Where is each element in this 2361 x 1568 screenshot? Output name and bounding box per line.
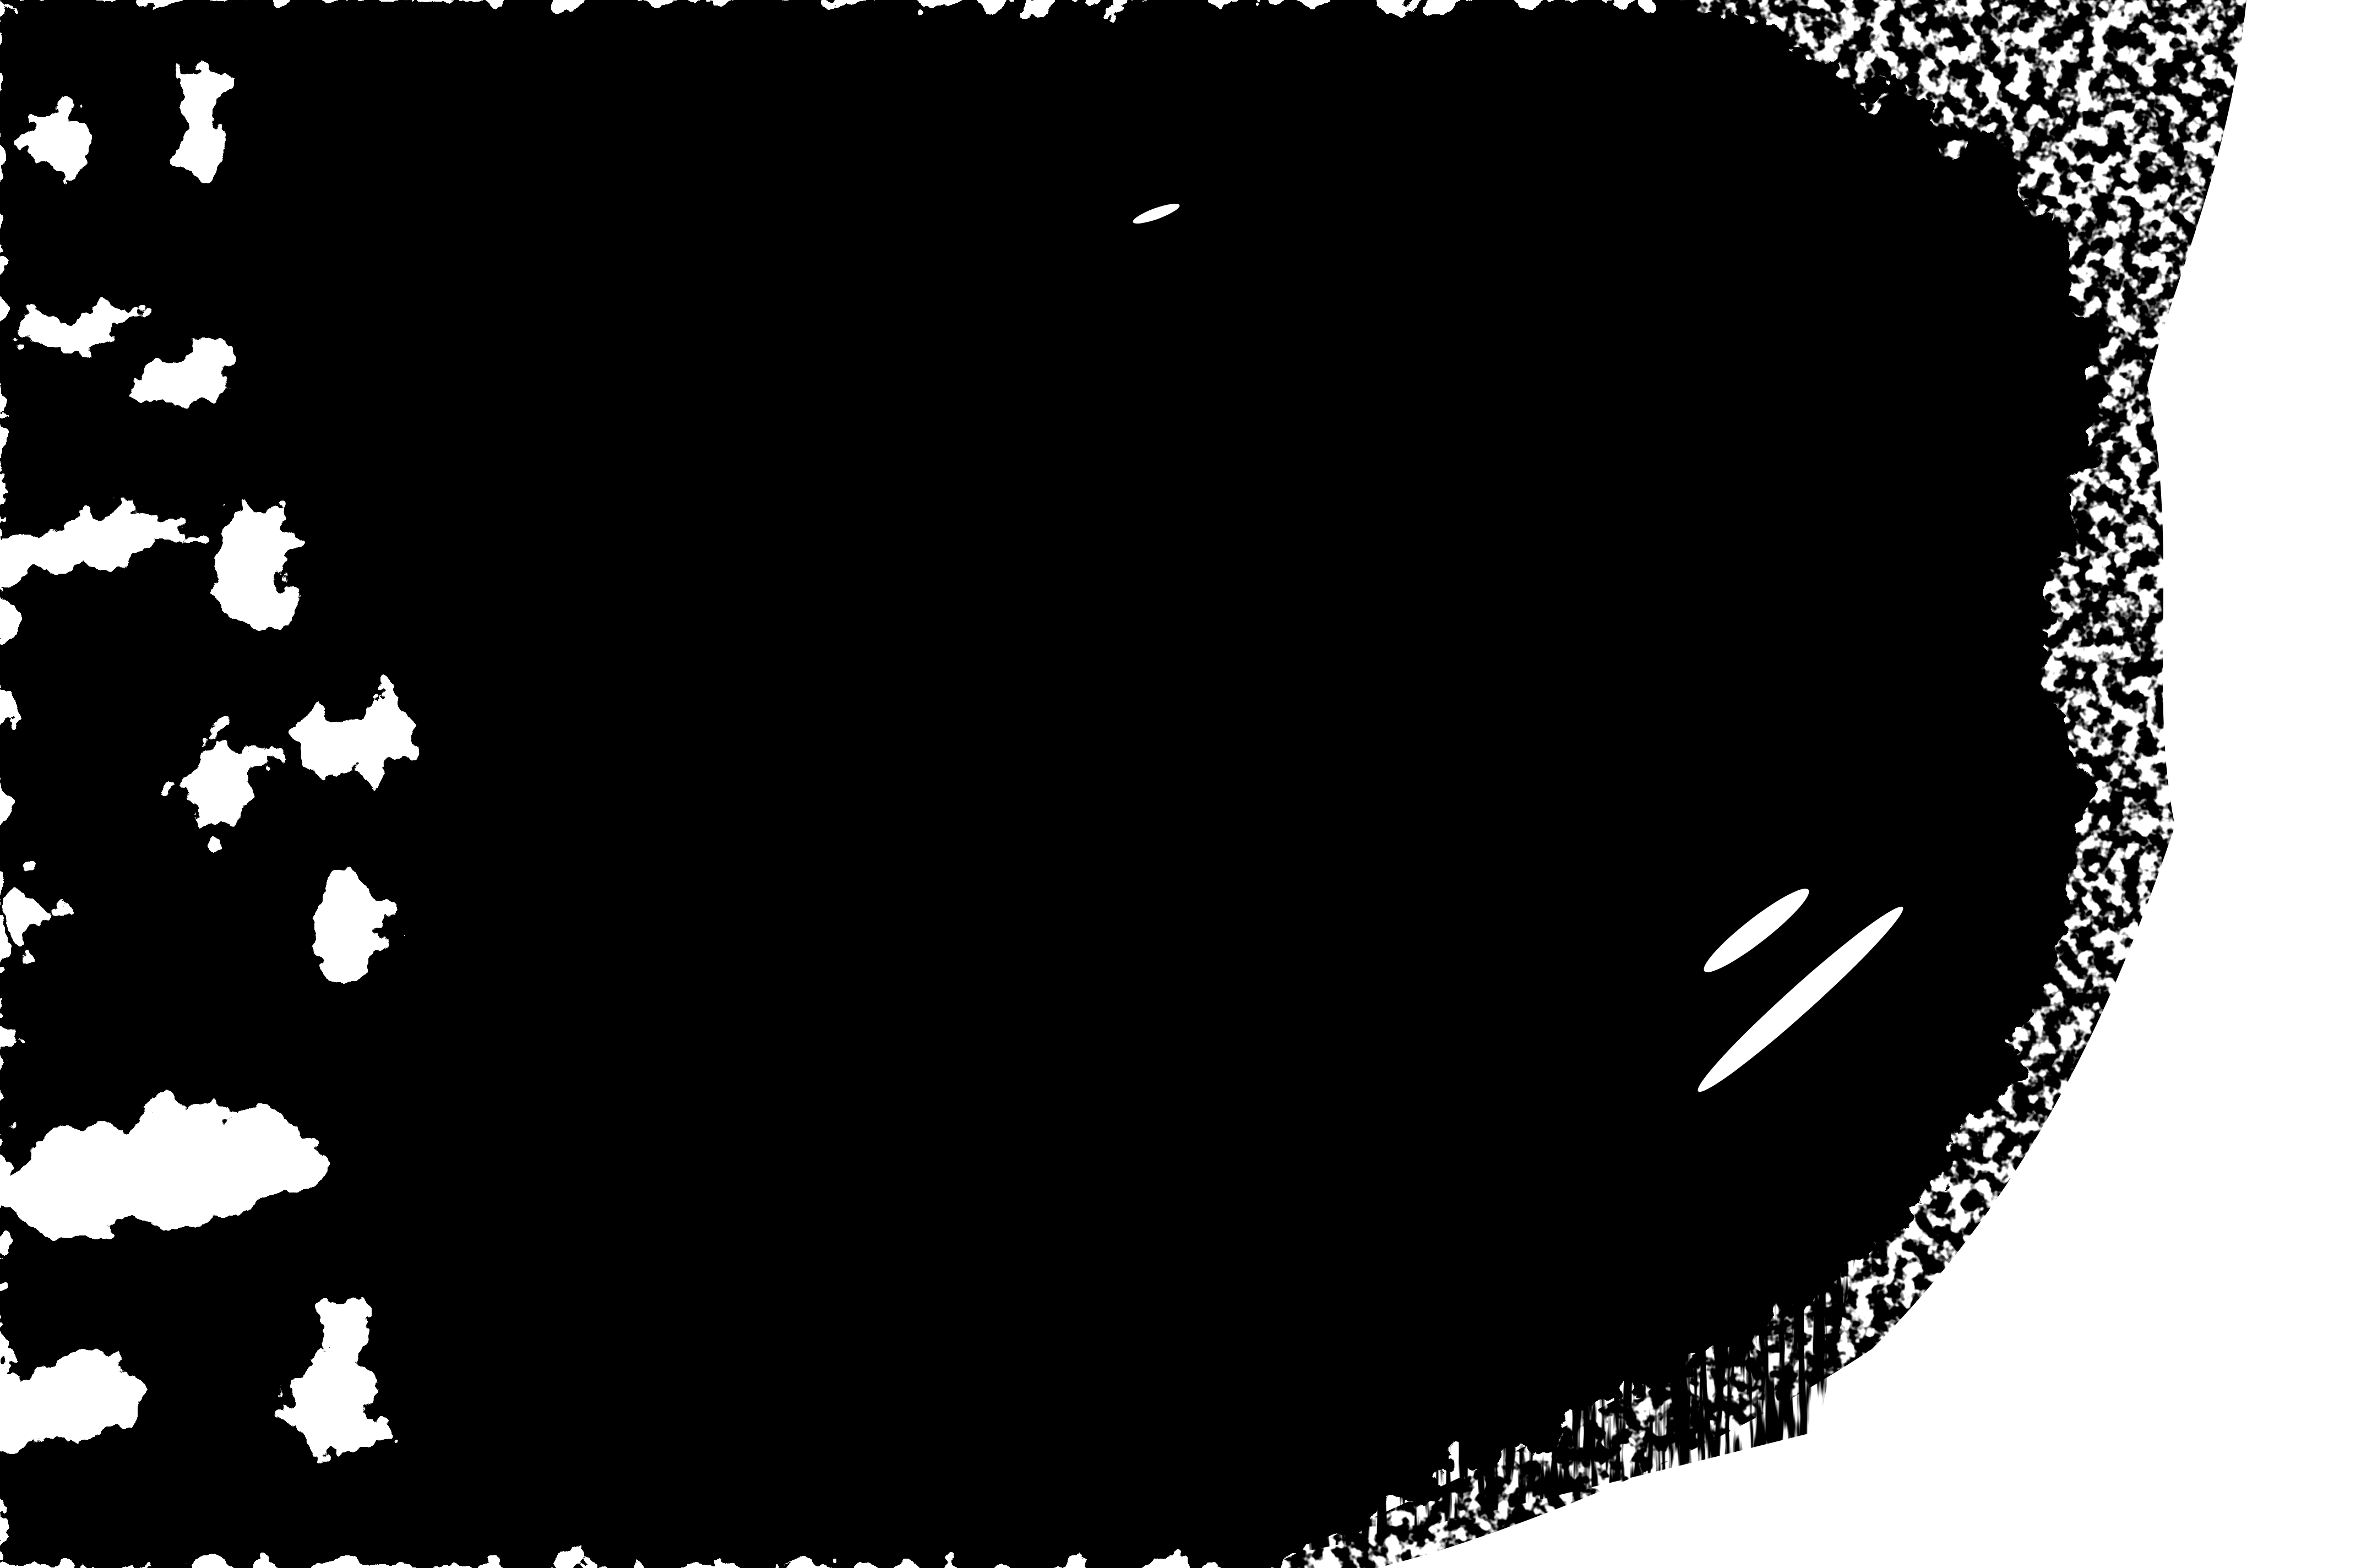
ink-texture-svg [0,0,2361,1568]
ink-texture-image [0,0,2361,1568]
